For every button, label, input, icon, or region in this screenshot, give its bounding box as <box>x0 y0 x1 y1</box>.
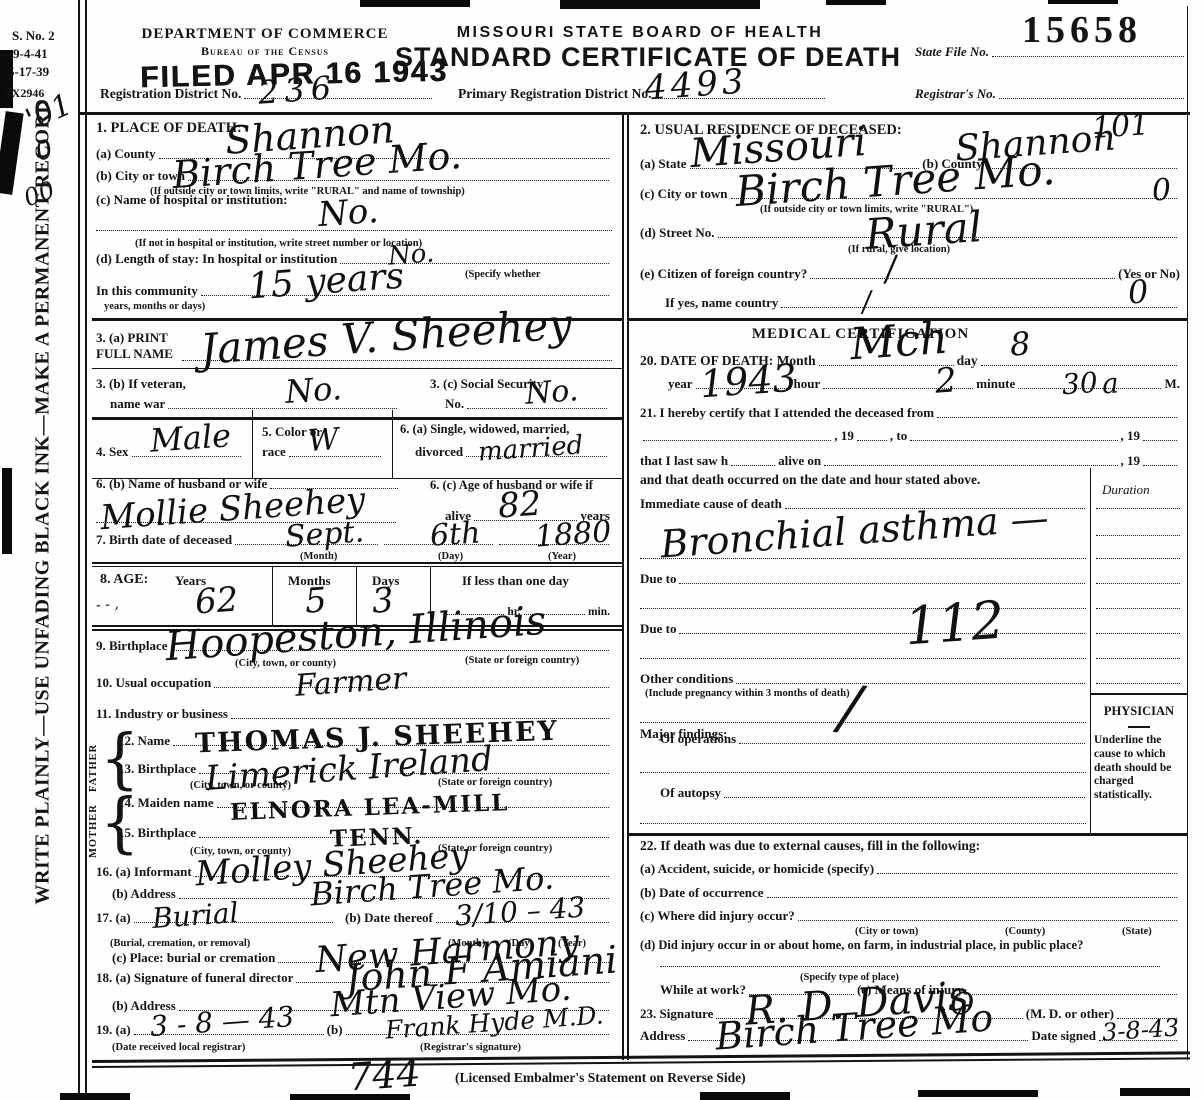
dotted-leader <box>857 440 887 441</box>
primary-registration-label: Primary Registration District No. <box>458 86 651 102</box>
primary-registration-row: Primary Registration District No. <box>458 80 828 102</box>
date-signed-label: Date signed <box>1031 1028 1096 1044</box>
hw-color: W <box>307 425 340 457</box>
hw-country-slash: / <box>861 288 872 317</box>
cell-divider <box>392 410 393 478</box>
injury-where-row: (c) Where did injury occur? <box>640 906 1180 924</box>
dotted-leader <box>966 994 1177 995</box>
citizen-row: (e) Citizen of foreign country?(Yes or N… <box>640 264 1180 282</box>
other-conditions-note: (Include pregnancy within 3 months of de… <box>645 688 850 699</box>
dotted-leader <box>824 465 1117 466</box>
age-heading: 8. AGE: <box>100 572 148 588</box>
operations-label: Of operations <box>660 731 736 747</box>
year-note: (Year) <box>548 551 576 562</box>
immediate-cause-label: Immediate cause of death <box>640 496 782 512</box>
dotted-line <box>640 823 1086 824</box>
scan-artifact <box>0 111 24 195</box>
external-heading: 22. If death was due to external causes,… <box>640 838 980 854</box>
margin-instruction: WRITE PLAINLY—USE UNFADING BLACK INK—MAK… <box>32 215 55 905</box>
death-year-label: year <box>668 376 693 392</box>
injury-state-note: (State) <box>1122 926 1152 937</box>
certify-text-1: 21. I hereby certify that I attended the… <box>640 405 934 421</box>
veteran-label-2: name war <box>110 396 165 412</box>
sex-label: 4. Sex <box>96 444 129 460</box>
scan-artifact <box>560 0 760 9</box>
dotted-line <box>660 966 1160 967</box>
dotted-leader <box>999 98 1184 99</box>
dotted-line <box>640 558 1086 559</box>
registration-district-label: Registration District No. <box>100 86 241 102</box>
residence-state-label: (a) State <box>640 156 687 172</box>
day-note: (Day) <box>438 551 463 562</box>
occurred-line: and that death occurred on the date and … <box>640 472 980 488</box>
place-of-death-heading: 1. PLACE OF DEATH: <box>96 120 242 137</box>
physician-dash <box>1128 726 1150 728</box>
hw-marital: married <box>477 432 584 465</box>
while-at-work-label: While at work? <box>660 982 746 998</box>
registrar-a-label: 19. (a) <box>96 1022 131 1038</box>
occurrence-date-label: (b) Date of occurrence <box>640 885 764 901</box>
birthplace-label: 9. Birthplace <box>96 638 168 654</box>
hw-hospital: No. <box>317 194 380 232</box>
frame-line <box>78 0 80 1093</box>
burial-place-label: (c) Place: burial or cremation <box>112 950 275 966</box>
hw-footer-code: 744 <box>347 1054 422 1097</box>
hw-death-year: 1943 <box>699 359 798 404</box>
frame-line <box>1187 6 1188 1060</box>
scan-artifact <box>1120 1088 1190 1096</box>
burial-label: 17. (a) <box>96 910 131 926</box>
accident-label: (a) Accident, suicide, or homicide (spec… <box>640 861 874 877</box>
registrar-no-label: Registrar's No. <box>915 86 996 102</box>
form-ref-1: S. No. 2 <box>12 28 55 44</box>
dotted-leader <box>724 797 1085 798</box>
dotted-line <box>640 772 1086 773</box>
street-label: (d) Street No. <box>640 225 715 241</box>
specify-whether-note: (Specify whether <box>465 269 541 280</box>
physician-box-top <box>1090 693 1188 695</box>
board-title: MISSOURI STATE BOARD OF HEALTH <box>420 24 860 42</box>
father-bp-city-note: (City, town, or county) <box>190 780 291 791</box>
section-divider <box>92 562 622 564</box>
burial-date-label: (b) Date thereof <box>345 910 433 926</box>
duration-stub <box>1096 583 1180 584</box>
duration-column-line <box>1090 468 1091 833</box>
ssn-label-2: No. <box>445 396 464 412</box>
death-minute-label: minute <box>976 376 1015 392</box>
physician-note: Underline the cause to which death shoul… <box>1094 734 1186 803</box>
dotted-leader <box>937 417 1177 418</box>
dotted-leader <box>910 440 1117 441</box>
alive-on-label: alive on <box>778 453 821 469</box>
hw-age-years: 62 <box>194 583 240 620</box>
dotted-line <box>640 608 1086 609</box>
duration-stub <box>1096 608 1180 609</box>
month-note: (Month) <box>300 551 337 562</box>
hw-ssn: No. <box>524 376 579 410</box>
father-name-label: 12. Name <box>118 733 170 749</box>
frame-line <box>85 0 87 1093</box>
form-ref-3: 5-17-39 <box>8 64 49 80</box>
street-note: (If rural, give location) <box>848 244 950 255</box>
injury-city-note: (City or town) <box>855 926 918 937</box>
state-file-label: State File No. <box>915 44 989 60</box>
registrar-no-row: Registrar's No. <box>915 82 1187 102</box>
death-hour-label: hour <box>794 376 821 392</box>
hw-birth-day: 6th <box>429 518 481 551</box>
marital-label-2: divorced <box>415 444 463 460</box>
hw-date-signed: 3-8-43 <box>1101 1015 1180 1044</box>
scan-artifact <box>700 1092 790 1100</box>
embalmer-note: (Licensed Embalmer's Statement on Revers… <box>455 1070 746 1086</box>
duration-stub <box>1096 558 1180 559</box>
death-certificate-scan: S. No. 2 —9-4-41 5-17-39 I X2946 '01 0 0… <box>0 0 1202 1100</box>
birthplace-state-note: (State or foreign country) <box>465 655 579 666</box>
father-birthplace-label: 13. Birthplace <box>118 761 196 777</box>
death-day-label: day <box>957 353 978 369</box>
autopsy-label: Of autopsy <box>660 785 721 801</box>
father-side-label: FATHER <box>88 744 99 792</box>
community-label: In this community <box>96 283 198 299</box>
injury-where-label: (c) Where did injury occur? <box>640 908 795 924</box>
hw-occupation: Farmer <box>294 664 407 702</box>
dotted-leader <box>810 278 1115 279</box>
duration-stub <box>1096 658 1180 659</box>
dotted-line <box>640 722 1086 723</box>
hw-residence-city-mark: 0 <box>1151 175 1172 206</box>
dotted-leader <box>643 440 831 441</box>
section-divider <box>92 417 622 420</box>
name-country-label: If yes, name country <box>665 295 778 311</box>
hw-death-hour: 2 <box>934 363 958 398</box>
dotted-leader <box>992 56 1184 57</box>
mother-name-label: 14. Maiden name <box>118 795 214 811</box>
header-divider <box>78 112 1190 115</box>
hw-age-pencil: - - , <box>96 597 120 613</box>
hw-death-month: Mch <box>849 317 950 368</box>
due-to-label: Due to <box>640 621 676 637</box>
community-note: years, months or days) <box>104 301 205 312</box>
certify-row-1: 21. I hereby certify that I attended the… <box>640 403 1180 421</box>
hospital-note: (If not in hospital or institution, writ… <box>135 238 422 249</box>
am-pm-label: M. <box>1164 376 1180 392</box>
duration-label: Duration <box>1102 482 1150 498</box>
signature-label: 23. Signature <box>640 1006 713 1022</box>
min-label: min. <box>588 606 610 618</box>
nineteen-label: , 19 <box>1121 453 1141 469</box>
mother-side-label: MOTHER <box>88 804 99 858</box>
hw-spouse-age: 82 <box>497 487 543 524</box>
phys-address-label: Address <box>640 1028 685 1044</box>
due-to-row-1: Due to <box>640 569 1088 587</box>
hw-death-day: 8 <box>1009 327 1032 360</box>
scan-artifact <box>360 0 470 7</box>
hw-birth-year: 1880 <box>534 517 612 552</box>
to-label: , to <box>890 428 907 444</box>
hw-burial: Burial <box>151 899 239 933</box>
veteran-label-1: 3. (b) If veteran, <box>96 376 186 392</box>
occurrence-date-row: (b) Date of occurrence <box>640 883 1180 901</box>
county-label: (a) County <box>96 146 156 162</box>
form-ref-2: —9-4-41 <box>0 46 48 62</box>
duration-stub <box>1096 535 1180 536</box>
print-name-label-1: 3. (a) PRINT <box>96 330 168 346</box>
certify-row-2: , 19 , to , 19 <box>640 426 1180 444</box>
dotted-leader <box>739 743 1085 744</box>
residence-city-label: (c) City or town <box>640 186 728 202</box>
print-name-label-2: FULL NAME <box>96 346 173 362</box>
dotted-line <box>640 658 1086 659</box>
scan-artifact <box>1048 0 1118 4</box>
column-divider <box>622 112 629 1060</box>
dotted-line <box>96 230 612 231</box>
scan-artifact <box>826 0 886 5</box>
dotted-leader <box>981 365 1177 366</box>
dotted-leader <box>767 897 1177 898</box>
dept-title: DEPARTMENT OF COMMERCE <box>100 26 430 43</box>
accident-row: (a) Accident, suicide, or homicide (spec… <box>640 859 1180 877</box>
scan-artifact <box>60 1093 130 1100</box>
registrar-b-label: (b) <box>327 1022 343 1038</box>
birthdate-label: 7. Birth date of deceased <box>96 532 232 548</box>
color-label-2: race <box>262 444 286 460</box>
hospital-label: (c) Name of hospital or institution: <box>96 192 288 208</box>
dotted-leader <box>214 687 609 688</box>
dotted-leader <box>877 873 1177 874</box>
mother-birthplace-label: 15. Birthplace <box>118 825 196 841</box>
dotted-leader <box>679 633 1085 634</box>
informant-address-label: (b) Address <box>112 886 176 902</box>
registrar-signature-note: (Registrar's signature) <box>420 1042 521 1053</box>
certificate-title: STANDARD CERTIFICATE OF DEATH <box>395 42 885 73</box>
autopsy-row: Of autopsy <box>660 783 1088 801</box>
hw-birth-month: Sept. <box>284 517 365 552</box>
certify-row-3: that I last saw h alive on , 19 <box>640 451 1180 469</box>
section-divider <box>628 833 1188 836</box>
dotted-leader <box>736 683 1085 684</box>
informant-label: 16. (a) Informant <box>96 864 192 880</box>
duration-stub <box>1096 633 1180 634</box>
age-less-header: If less than one day <box>462 573 569 589</box>
injury-place-label: (d) Did injury occur in or about home, o… <box>640 938 1083 953</box>
hw-cause-code: 112 <box>903 595 1006 654</box>
other-conditions-row: Other conditions <box>640 669 1088 687</box>
dotted-leader <box>781 307 1177 308</box>
other-conditions-label: Other conditions <box>640 671 733 687</box>
thin-divider <box>92 368 622 369</box>
dotted-leader <box>679 583 1085 584</box>
hw-primary-registration: 4493 <box>644 64 749 105</box>
occupation-label: 10. Usual occupation <box>96 675 211 691</box>
duration-stub <box>1096 683 1180 684</box>
citizen-label: (e) Citizen of foreign country? <box>640 266 807 282</box>
hw-death-minute: 30 <box>1061 369 1099 399</box>
section-divider <box>92 566 622 568</box>
hw-death-ampm: a <box>1101 369 1120 398</box>
scan-artifact <box>2 468 12 554</box>
hw-registration-district: 236 <box>257 71 338 108</box>
dotted-leader <box>168 408 397 409</box>
father-bp-state-note: (State or foreign country) <box>438 777 552 788</box>
hw-veteran: No. <box>284 372 343 408</box>
registrar-date-note: (Date received local registrar) <box>112 1042 245 1053</box>
dotted-leader <box>798 920 1177 921</box>
hw-citizen-slash: / <box>884 252 898 287</box>
last-saw-label: that I last saw h <box>640 453 728 469</box>
state-file-row: State File No. <box>915 40 1187 60</box>
dotted-leader <box>731 465 775 466</box>
nineteen-label: , 19 <box>834 428 854 444</box>
dotted-leader <box>1143 440 1177 441</box>
operations-row: Of operations <box>660 729 1088 747</box>
nineteen-label: , 19 <box>1121 428 1141 444</box>
scan-artifact <box>918 1090 1038 1097</box>
name-country-row: If yes, name country <box>665 293 1180 311</box>
dotted-leader <box>1143 465 1177 466</box>
funeral-director-label: 18. (a) Signature of funeral director <box>96 970 293 986</box>
due-to-row-2: Due to <box>640 619 1088 637</box>
due-to-label: Due to <box>640 571 676 587</box>
physician-label: PHYSICIAN <box>1090 704 1188 719</box>
hw-sex: Male <box>149 419 232 457</box>
cell-divider <box>252 410 253 478</box>
injury-county-note: (County) <box>1005 926 1045 937</box>
veteran-row: name war <box>110 396 400 412</box>
duration-stub <box>1096 508 1180 509</box>
